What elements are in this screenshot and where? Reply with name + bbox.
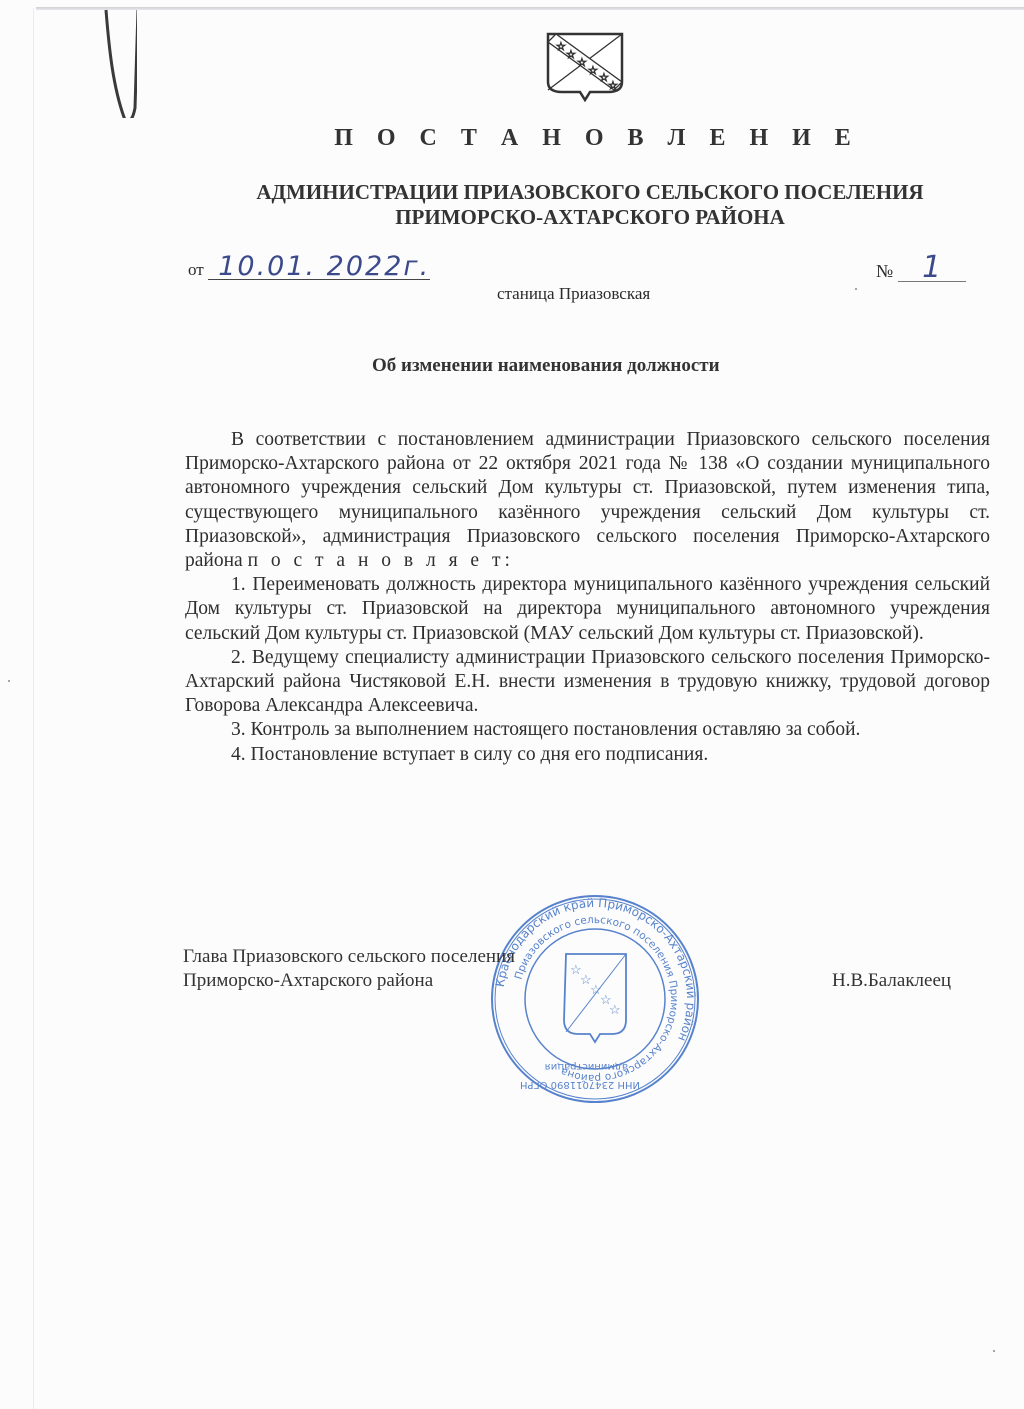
official-seal-stamp: Краснодарский край Приморско-Ахтарский р… xyxy=(488,892,702,1106)
svg-text:☆: ☆ xyxy=(608,80,618,92)
document-body: В соответствии с постановлением админист… xyxy=(185,428,990,767)
svg-text:☆: ☆ xyxy=(609,1002,621,1017)
organization-line-1: АДМИНИСТРАЦИИ ПРИАЗОВСКОГО СЕЛЬСКОГО ПОС… xyxy=(180,180,1000,205)
signatory-name: Н.В.Балаклеец xyxy=(832,970,951,992)
signatory-position-line-2: Приморско-Ахтарского района xyxy=(183,969,515,993)
svg-text:☆: ☆ xyxy=(566,49,576,61)
number-prefix: № xyxy=(876,261,893,281)
document-title: П О С Т А Н О В Л Е Н И Е xyxy=(0,125,1024,152)
list-item-2: 2. Ведущему специалисту администрации Пр… xyxy=(185,646,990,719)
document-date: от 10.01. 2022г. xyxy=(188,255,430,280)
scan-speck xyxy=(8,680,10,682)
number-handwritten: 1 xyxy=(898,255,966,282)
preamble: В соответствии с постановлением админист… xyxy=(185,428,990,573)
scan-speck xyxy=(855,288,857,290)
signatory-position-line-1: Глава Приазовского сельского поселения xyxy=(183,945,515,969)
document-subject: Об изменении наименования должности xyxy=(372,355,720,377)
coat-of-arms-icon: ☆ ☆ ☆ ☆ ☆ ☆ xyxy=(544,30,626,102)
list-item-1: 1. Переименовать должность директора мун… xyxy=(185,573,990,646)
document-number: № 1 xyxy=(876,255,966,282)
svg-text:☆: ☆ xyxy=(588,65,598,77)
svg-text:☆: ☆ xyxy=(577,57,587,69)
preamble-verb: п о с т а н о в л я е т: xyxy=(248,550,514,571)
svg-text:☆: ☆ xyxy=(556,41,566,53)
page-edge-top xyxy=(36,7,1024,10)
issuing-organization: АДМИНИСТРАЦИИ ПРИАЗОВСКОГО СЕЛЬСКОГО ПОС… xyxy=(180,180,1000,230)
date-handwritten: 10.01. 2022г. xyxy=(208,255,430,280)
date-prefix: от xyxy=(188,260,204,279)
svg-text:ИНН 2347011890 ОГРН: ИНН 2347011890 ОГРН xyxy=(520,1079,640,1090)
place-of-issue: станица Приазовская xyxy=(497,284,650,304)
page-edge-left xyxy=(33,8,34,1409)
svg-text:администрация: администрация xyxy=(545,1061,628,1072)
scan-speck xyxy=(993,1350,995,1352)
svg-text:Приазовского сельского поселен: Приазовского сельского поселения Приморс… xyxy=(513,914,680,1084)
organization-line-2: ПРИМОРСКО-АХТАРСКОГО РАЙОНА xyxy=(180,205,1000,230)
signatory-position: Глава Приазовского сельского поселения П… xyxy=(183,945,515,993)
list-item-4: 4. Постановление вступает в силу со дня … xyxy=(185,743,990,767)
paper-clip-wire-icon xyxy=(103,8,137,118)
list-item-3: 3. Контроль за выполнением настоящего по… xyxy=(185,718,990,742)
